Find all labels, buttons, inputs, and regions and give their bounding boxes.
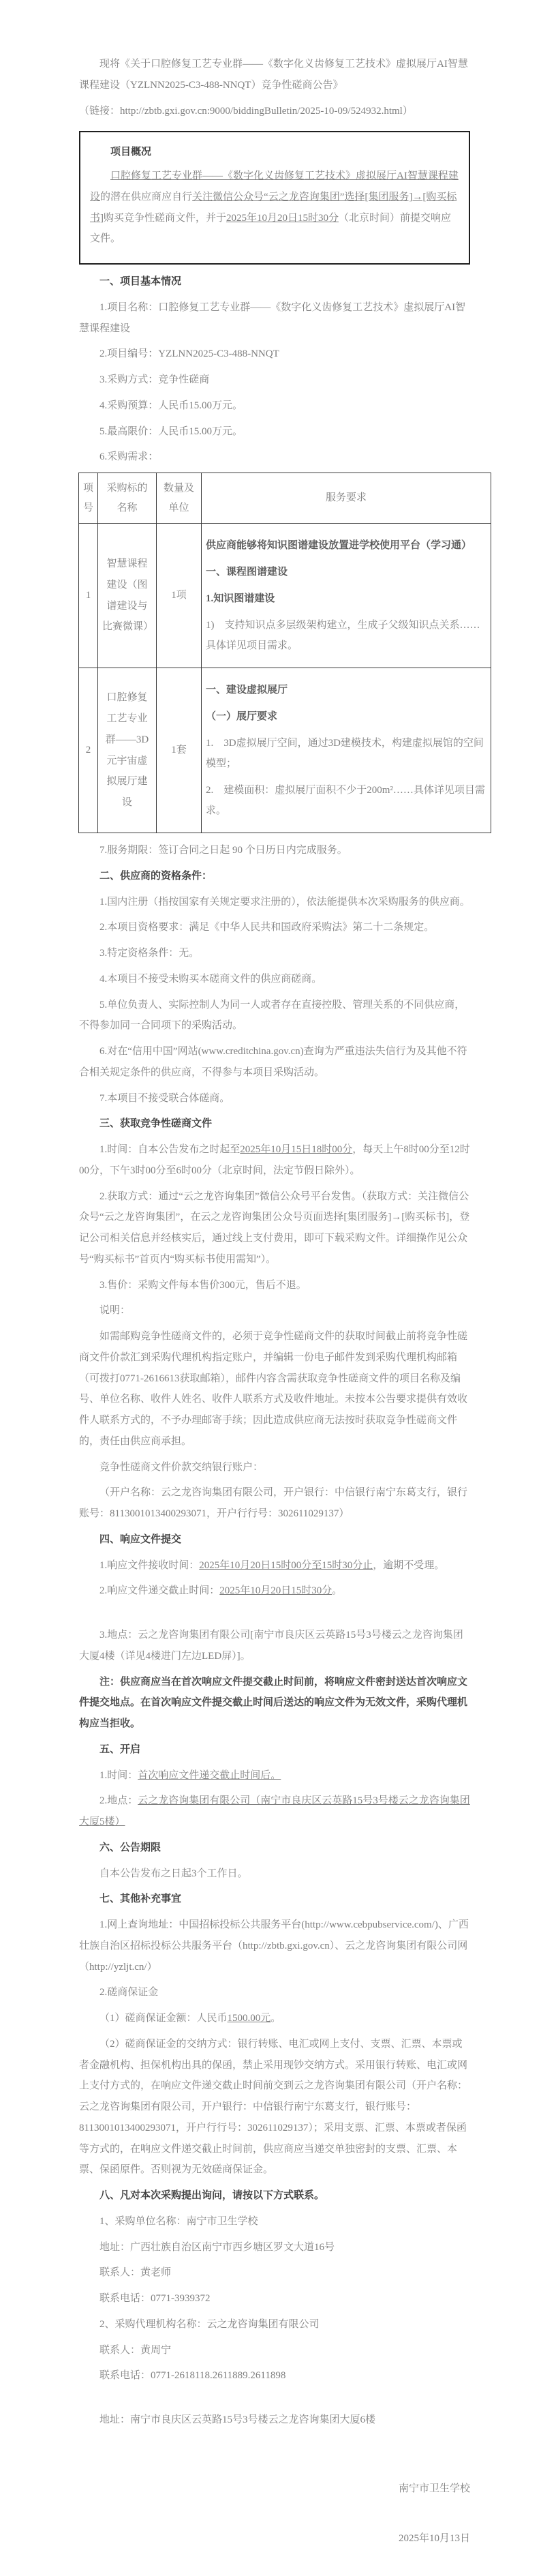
- receive-time: 2025年10月20日15时00分至15时30分止: [199, 1560, 373, 1571]
- req-bold-line: 1.知识图谱建设: [206, 588, 486, 609]
- overview-deadline: 2025年10月20日15时30分: [226, 213, 339, 224]
- list-item: 7.服务期限：签订合同之日起 90 个日历日内完成服务。: [79, 840, 470, 861]
- table-row: 1 智慧课程建设（图谱建设与比赛微课） 1项 供应商能够将知识图谱建设放置进学校…: [79, 524, 491, 668]
- text-segment: 。: [332, 1585, 342, 1596]
- req-text-line: 1. 3D虚拟展厅空间，通过3D建模技术，构建虚拟展馆的空间模型；: [206, 733, 486, 774]
- text-segment: 1.时间：: [99, 1770, 138, 1781]
- contact-line: 地址：南宁市良庆区云英路15号3号楼云之龙咨询集团大厦6楼: [79, 2410, 470, 2431]
- contact-line: 联系电话：0771-3939372: [79, 2288, 470, 2309]
- list-item: 3.特定资格条件：无。: [79, 943, 470, 964]
- bank-account-detail: （开户名称：云之龙咨询集团有限公司，开户银行：中信银行南宁东葛支行，银行账号：8…: [79, 1482, 470, 1525]
- section1-heading: 一、项目基本情况: [79, 271, 470, 293]
- overview-text: 的潜在供应商应自行: [100, 192, 192, 203]
- submit-deadline: 2025年10月20日15时30分: [219, 1585, 332, 1596]
- list-item: （1）磋商保证金额：人民币1500.00元。: [79, 2008, 470, 2029]
- open-location: 云之龙咨询集团有限公司（南宁市良庆区云英路15号3号楼云之龙咨询集团大厦5楼）: [79, 1795, 470, 1827]
- announcement-document: 现将《关于口腔修复工艺专业群——《数字化义齿修复工艺技术》虚拟展厅AI智慧课程建…: [0, 0, 541, 2576]
- text-segment: 。: [270, 2013, 281, 2024]
- row1-name: 智慧课程建设（图谱建设与比赛微课）: [98, 524, 157, 668]
- section3-heading: 三、获取竞争性磋商文件: [79, 1113, 470, 1135]
- req-text-line: 1) 支持知识点多层级架构建立，生成子父级知识点关系……具体详见项目需求。: [206, 615, 486, 656]
- text-segment: 2.地点：: [99, 1795, 138, 1806]
- row2-requirements: 一、建设虚拟展厅 （一）展厅要求 1. 3D虚拟展厅空间，通过3D建模技术，构建…: [202, 668, 491, 833]
- intro-link-line: （链接：http://zbtb.gxi.gov.cn:9000/biddingB…: [79, 101, 470, 122]
- contact-line: 联系人：黄老师: [79, 2262, 470, 2283]
- row1-no: 1: [79, 524, 98, 668]
- project-overview-box: 项目概况 口腔修复工艺专业群——《数字化义齿修复工艺技术》虚拟展厅AI智慧课程建…: [79, 131, 470, 265]
- row1-requirements: 供应商能够将知识图谱建设放置进学校使用平台（学习通） 一、课程图谱建设 1.知识…: [202, 524, 491, 668]
- list-item: 1.项目名称：口腔修复工艺专业群——《数字化义齿修复工艺技术》虚拟展厅AI智慧课…: [79, 297, 470, 340]
- footer-date: 2025年10月13日: [79, 2528, 470, 2549]
- text-segment: 2.响应文件递交截止时间：: [99, 1585, 219, 1596]
- text-segment: ，逾期不受理。: [373, 1560, 444, 1571]
- section7-heading: 七、其他补充事宜: [79, 1889, 470, 1910]
- text-segment: （1）磋商保证金额：人民币: [99, 2013, 228, 2024]
- contact-line: 联系人：黄周宁: [79, 2340, 470, 2361]
- list-item: 2.磋商保证金: [79, 1982, 470, 2003]
- signature-block: 南宁市卫生学校 2025年10月13日: [79, 2478, 470, 2549]
- req-bold-line: （一）展厅要求: [206, 706, 486, 727]
- section2-heading: 二、供应商的资格条件：: [79, 866, 470, 887]
- list-item: （2）磋商保证金的交纳方式：银行转账、电汇或网上支付、支票、汇票、本票或者金融机…: [79, 2034, 470, 2181]
- doc-deadline: 2025年10月15日18时00分: [240, 1144, 352, 1155]
- note-label: 说明：: [79, 1300, 470, 1321]
- list-item: 1.国内注册（指按国家有关规定要求注册的），依法能提供本次采购服务的供应商。: [79, 892, 470, 913]
- list-item: 2.地点：云之龙咨询集团有限公司（南宁市良庆区云英路15号3号楼云之龙咨询集团大…: [79, 1791, 470, 1833]
- list-item: 5.最高限价：人民币15.00万元。: [79, 421, 470, 443]
- list-item: 2.响应文件递交截止时间：2025年10月20日15时30分。: [79, 1581, 470, 1602]
- overview-paragraph: 口腔修复工艺专业群——《数字化义齿修复工艺技术》虚拟展厅AI智慧课程建设的潜在供…: [90, 166, 459, 250]
- section5-heading: 五、开启: [79, 1739, 470, 1761]
- table-header-row: 项号 采购标的名称 数量及单位 服务要求: [79, 473, 491, 524]
- list-item: 2.本项目资格要求：满足《中华人民共和国政府采购法》第二十二条规定。: [79, 917, 470, 938]
- list-item: 2.获取方式：通过“云之龙咨询集团”微信公众号平台发售。（获取方式：关注微信公众…: [79, 1186, 470, 1270]
- list-item: 3.采购方式：竞争性磋商: [79, 370, 470, 391]
- bank-account-label: 竞争性磋商文件价款交纳银行账户：: [79, 1457, 470, 1478]
- note-paragraph: 如需邮购竞争性磋商文件的，必须于竞争性磋商文件的获取时间截止前将竞争性磋商文件价…: [79, 1326, 470, 1452]
- list-item: 6.对在“信用中国”网站(www.creditchina.gov.cn)查询为严…: [79, 1041, 470, 1083]
- list-item: 4.采购预算：人民币15.00万元。: [79, 395, 470, 417]
- contact-line: 地址：广西壮族自治区南宁市西乡塘区罗文大道16号: [79, 2237, 470, 2258]
- list-item: 1.时间：自本公告发布之时起至2025年10月15日18时00分，每天上午8时0…: [79, 1139, 470, 1182]
- overview-title: 项目概况: [90, 142, 459, 163]
- list-item: 7.本项目不接受联合体磋商。: [79, 1088, 470, 1109]
- open-time: 首次响应文件递交截止时间后。: [138, 1770, 281, 1781]
- section8-heading: 八、凡对本次采购提出询问，请按以下方式联系。: [79, 2185, 470, 2206]
- text-segment: 1.时间：自本公告发布之时起至: [99, 1144, 240, 1155]
- text-segment: 1.响应文件接收时间：: [99, 1560, 199, 1571]
- req-bold-line: 供应商能够将知识图谱建设放置进学校使用平台（学习通）: [206, 535, 486, 556]
- table-row: 2 口腔修复工艺专业群——3D元宇宙虚拟展厅建设 1套 一、建设虚拟展厅 （一）…: [79, 668, 491, 833]
- submission-note: 注：供应商应当在首次响应文件提交截止时间前，将响应文件密封送达首次响应文件提交地…: [79, 1672, 470, 1735]
- intro-paragraph: 现将《关于口腔修复工艺专业群——《数字化义齿修复工艺技术》虚拟展厅AI智慧课程建…: [79, 54, 470, 96]
- row2-qty: 1套: [157, 668, 202, 833]
- list-item: 1.响应文件接收时间：2025年10月20日15时00分至15时30分止，逾期不…: [79, 1555, 470, 1576]
- header-service-req: 服务要求: [202, 473, 491, 524]
- header-item-no: 项号: [79, 473, 98, 524]
- contact-line: 1、采购单位名称：南宁市卫生学校: [79, 2211, 470, 2232]
- list-item: 3.售价：采购文件每本售价300元，售后不退。: [79, 1275, 470, 1296]
- section6-heading: 六、公告期限: [79, 1838, 470, 1859]
- row2-no: 2: [79, 668, 98, 833]
- list-item: 1.网上查询地址：中国招标投标公共服务平台(http://www.cebpubs…: [79, 1915, 470, 1977]
- list-item: 2.项目编号：YZLNN2025-C3-488-NNQT: [79, 344, 470, 365]
- contact-line: 2、采购代理机构名称：云之龙咨询集团有限公司: [79, 2314, 470, 2335]
- list-item: 6.采购需求：: [79, 447, 470, 468]
- req-text-line: 2. 建模面积：虚拟展厅面积不少于200m²……具体详见项目需求。: [206, 780, 486, 821]
- contact-line: 联系电话：0771-2618118.2611889.2611898: [79, 2365, 470, 2386]
- row1-qty: 1项: [157, 524, 202, 668]
- req-bold-line: 一、课程图谱建设: [206, 562, 486, 582]
- list-item: 5.单位负责人、实际控制人为同一人或者存在直接控股、管理关系的不同供应商，不得参…: [79, 995, 470, 1037]
- list-item: 3.地点：云之龙咨询集团有限公司[南宁市良庆区云英路15号3号楼云之龙咨询集团大…: [79, 1625, 470, 1667]
- list-item: 4.本项目不接受未购买本磋商文件的供应商磋商。: [79, 969, 470, 990]
- req-bold-line: 一、建设虚拟展厅: [206, 680, 486, 700]
- requirements-table: 项号 采购标的名称 数量及单位 服务要求 1 智慧课程建设（图谱建设与比赛微课）…: [78, 473, 491, 833]
- list-item: 1.时间：首次响应文件递交截止时间后。: [79, 1765, 470, 1786]
- header-qty-unit: 数量及单位: [157, 473, 202, 524]
- overview-text: 购买竞争性磋商文件，并于: [104, 213, 226, 224]
- deposit-amount: 1500.00元: [228, 2013, 271, 2024]
- row2-name: 口腔修复工艺专业群——3D元宇宙虚拟展厅建设: [98, 668, 157, 833]
- section4-heading: 四、响应文件提交: [79, 1529, 470, 1551]
- list-item: 自本公告发布之日起3个工作日。: [79, 1863, 470, 1885]
- header-item-name: 采购标的名称: [98, 473, 157, 524]
- footer-org: 南宁市卫生学校: [79, 2478, 470, 2500]
